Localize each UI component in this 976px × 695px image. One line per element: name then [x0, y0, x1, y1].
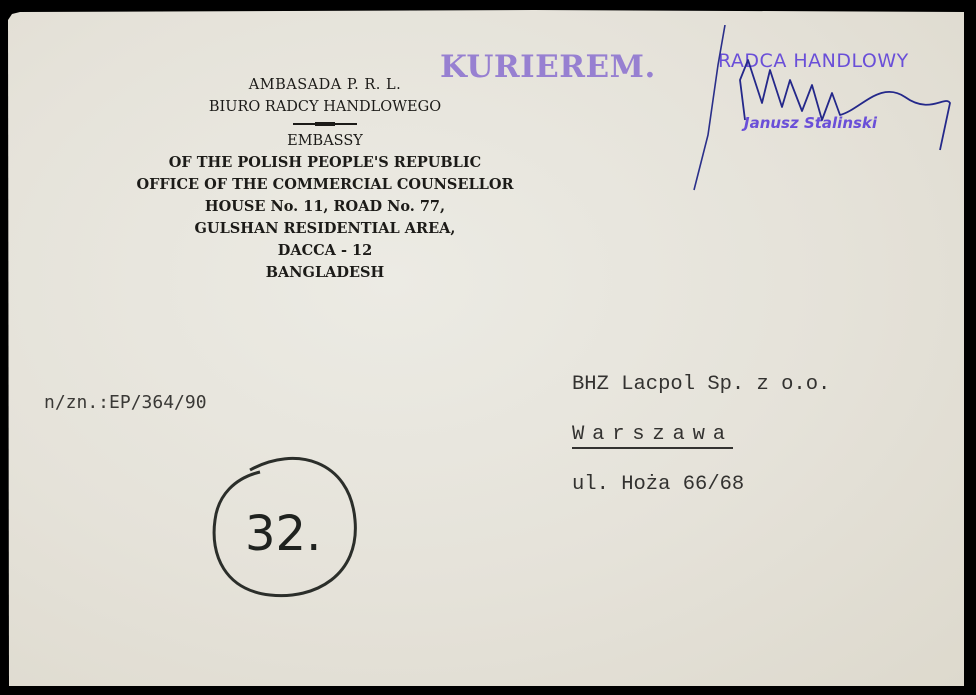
letterhead-line: EMBASSY [100, 130, 550, 152]
recipient-company: BHZ Lacpol Sp. z o.o. [572, 360, 830, 410]
courier-stamp: KURIEREM. [440, 49, 656, 85]
reference-number: n/zn.:EP/364/90 [44, 392, 207, 413]
signature-icon [690, 25, 960, 195]
letterhead-line: HOUSE No. 11, ROAD No. 77, [100, 196, 550, 218]
letterhead-line: DACCA - 12 [100, 240, 550, 262]
circled-number-mark: 32. [205, 450, 365, 605]
letterhead-line: BANGLADESH [100, 262, 550, 284]
letterhead-line: OFFICE OF THE COMMERCIAL COUNSELLOR [100, 174, 550, 196]
recipient-address: BHZ Lacpol Sp. z o.o. Warszawa ul. Hoża … [572, 360, 830, 510]
letterhead-line: GULSHAN RESIDENTIAL AREA, [100, 218, 550, 240]
recipient-city: Warszawa [572, 423, 733, 449]
letterhead-divider [100, 118, 550, 130]
mark-number: 32. [245, 506, 321, 562]
sender-letterhead: AMBASADA P. R. L. BIURO RADCY HANDLOWEGO… [100, 74, 550, 284]
letterhead-line: OF THE POLISH PEOPLE'S REPUBLIC [100, 152, 550, 174]
recipient-street: ul. Hoża 66/68 [572, 460, 830, 510]
letterhead-line: BIURO RADCY HANDLOWEGO [100, 96, 550, 118]
